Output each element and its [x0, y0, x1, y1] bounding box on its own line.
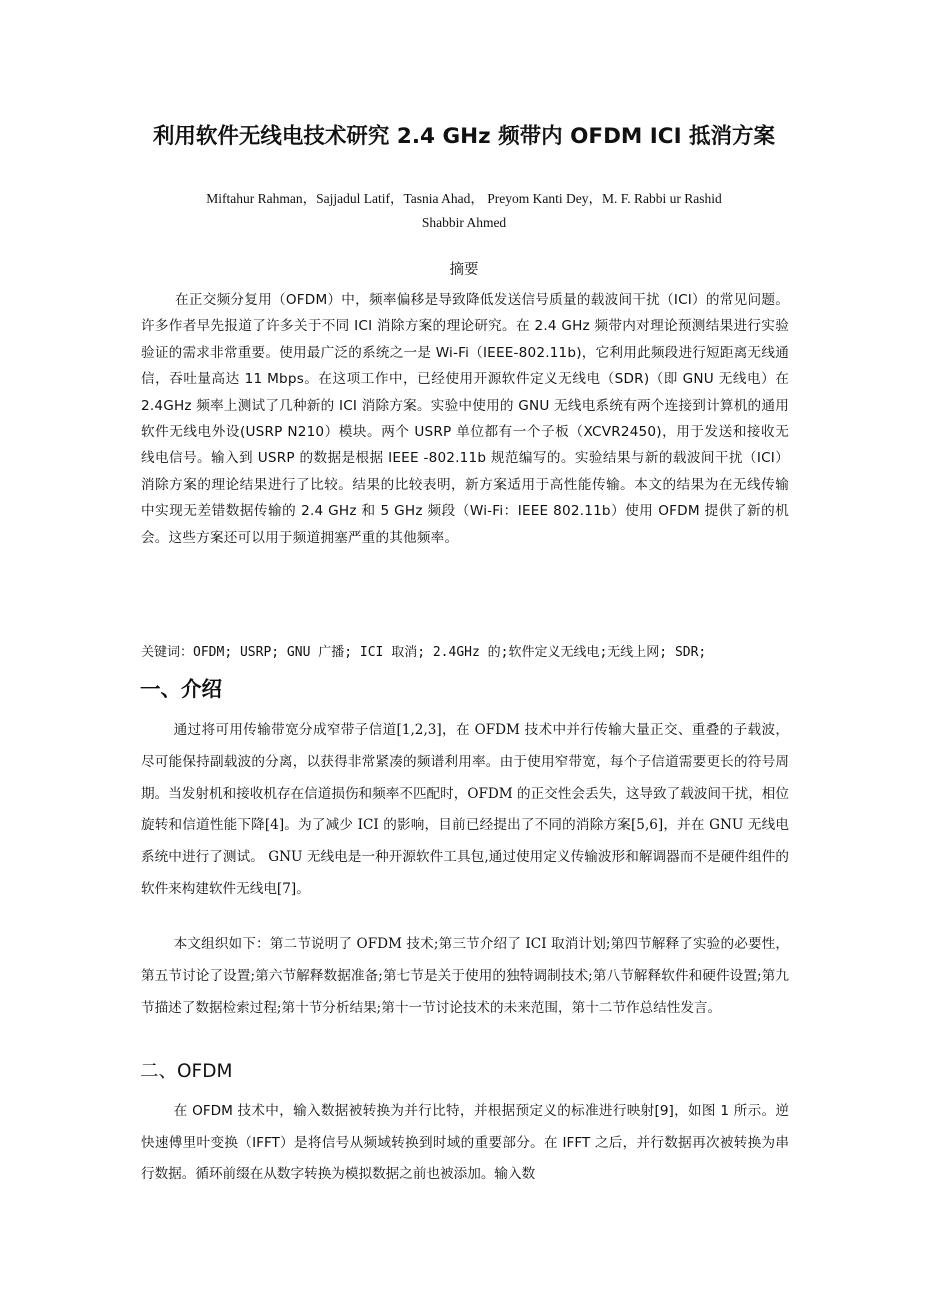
paper-title: 利用软件无线电技术研究 2.4 GHz 频带内 OFDM ICI 抵消方案	[138, 120, 790, 154]
keywords: 关键词：OFDM; USRP; GNU 广播; ICI 取消; 2.4GHz 的…	[141, 641, 801, 665]
author-line-1: Miftahur Rahman，Sajjadul Latif，Tasnia Ah…	[138, 187, 790, 211]
section-heading-introduction: 一、介绍	[140, 674, 222, 704]
abstract-heading: 摘要	[138, 258, 790, 282]
keywords-label: 关键词：	[141, 645, 193, 660]
abstract-text: 在正交频分复用（OFDM）中，频率偏移是导致降低发送信号质量的载波间干扰（ICI…	[141, 287, 789, 551]
author-list: Miftahur Rahman，Sajjadul Latif，Tasnia Ah…	[138, 187, 790, 235]
document-page: 利用软件无线电技术研究 2.4 GHz 频带内 OFDM ICI 抵消方案 Mi…	[0, 0, 926, 1309]
section-heading-ofdm: 二、OFDM	[140, 1057, 232, 1087]
intro-paragraph-1: 通过将可用传输带宽分成窄带子信道[1,2,3]，在 OFDM 技术中并行传输大量…	[141, 715, 789, 906]
intro-paragraph-2: 本文组织如下：第二节说明了 OFDM 技术;第三节介绍了 ICI 取消计划;第四…	[141, 929, 789, 1024]
ofdm-paragraph-1: 在 OFDM 技术中，输入数据被转换为并行比特，并根据预定义的标准进行映射[9]…	[141, 1096, 789, 1191]
author-line-2: Shabbir Ahmed	[138, 211, 790, 235]
keywords-text: OFDM; USRP; GNU 广播; ICI 取消; 2.4GHz 的;软件定…	[193, 645, 706, 660]
